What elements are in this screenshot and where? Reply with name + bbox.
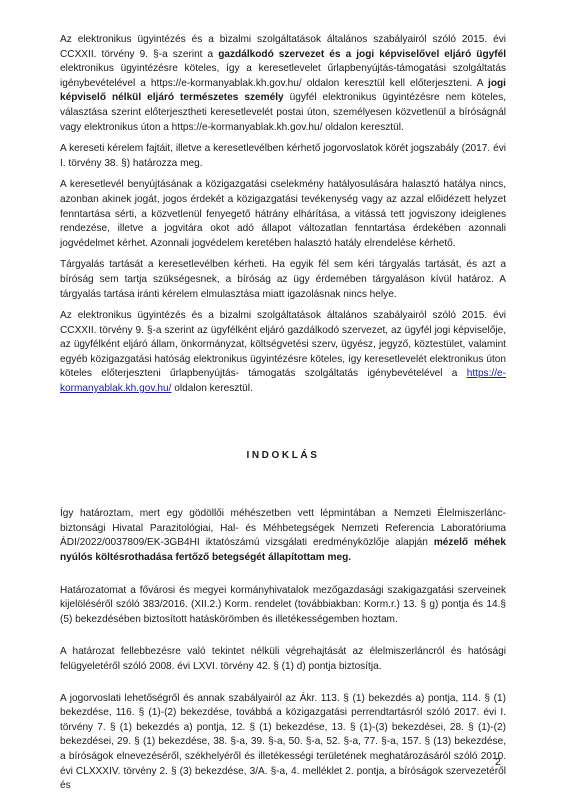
page-number: 2 <box>495 756 501 768</box>
paragraph-hearing: Tárgyalás tartását a keresetlevélben kér… <box>60 258 506 302</box>
e-kormanyablak-link[interactable]: https://e-kormanyablak.kh.gov.hu/ <box>60 368 506 394</box>
paragraph-enforcement: A határozat fellebbezésre való tekintet … <box>60 645 506 674</box>
paragraph-electronic-filing-1: Az elektronikus ügyintézés és a bizalmi … <box>60 33 506 135</box>
document-page: Az elektronikus ügyintézés és a bizalmi … <box>60 33 506 801</box>
instructions-section: Az elektronikus ügyintézés és a bizalmi … <box>60 33 506 397</box>
reasoning-section: Így határoztam, mert egy gödöllői méhész… <box>60 507 506 794</box>
emphasis-text: mézelő méhek nyúlós költésrothadása fert… <box>60 537 506 563</box>
paragraph-suspensive-effect: A keresetlevél benyújtásának a közigazga… <box>60 178 506 251</box>
emphasis-text: jogi képviselő nélkül eljáró természetes… <box>60 78 506 104</box>
emphasis-text: gazdálkodó szervezet és a jogi képviselő… <box>218 49 506 60</box>
paragraph-finding: Így határoztam, mert egy gödöllői méhész… <box>60 507 506 565</box>
paragraph-legal-remedy: A jogorvoslati lehetőségről és annak sza… <box>60 692 506 794</box>
paragraph-electronic-filing-2: Az elektronikus ügyintézés és a bizalmi … <box>60 309 506 397</box>
section-heading: INDOKLÁS <box>60 449 506 464</box>
paragraph-claim-types: A kereseti kérelem fajtáit, illetve a ke… <box>60 142 506 171</box>
paragraph-competence: Határozatomat a fővárosi és megyei kormá… <box>60 584 506 628</box>
